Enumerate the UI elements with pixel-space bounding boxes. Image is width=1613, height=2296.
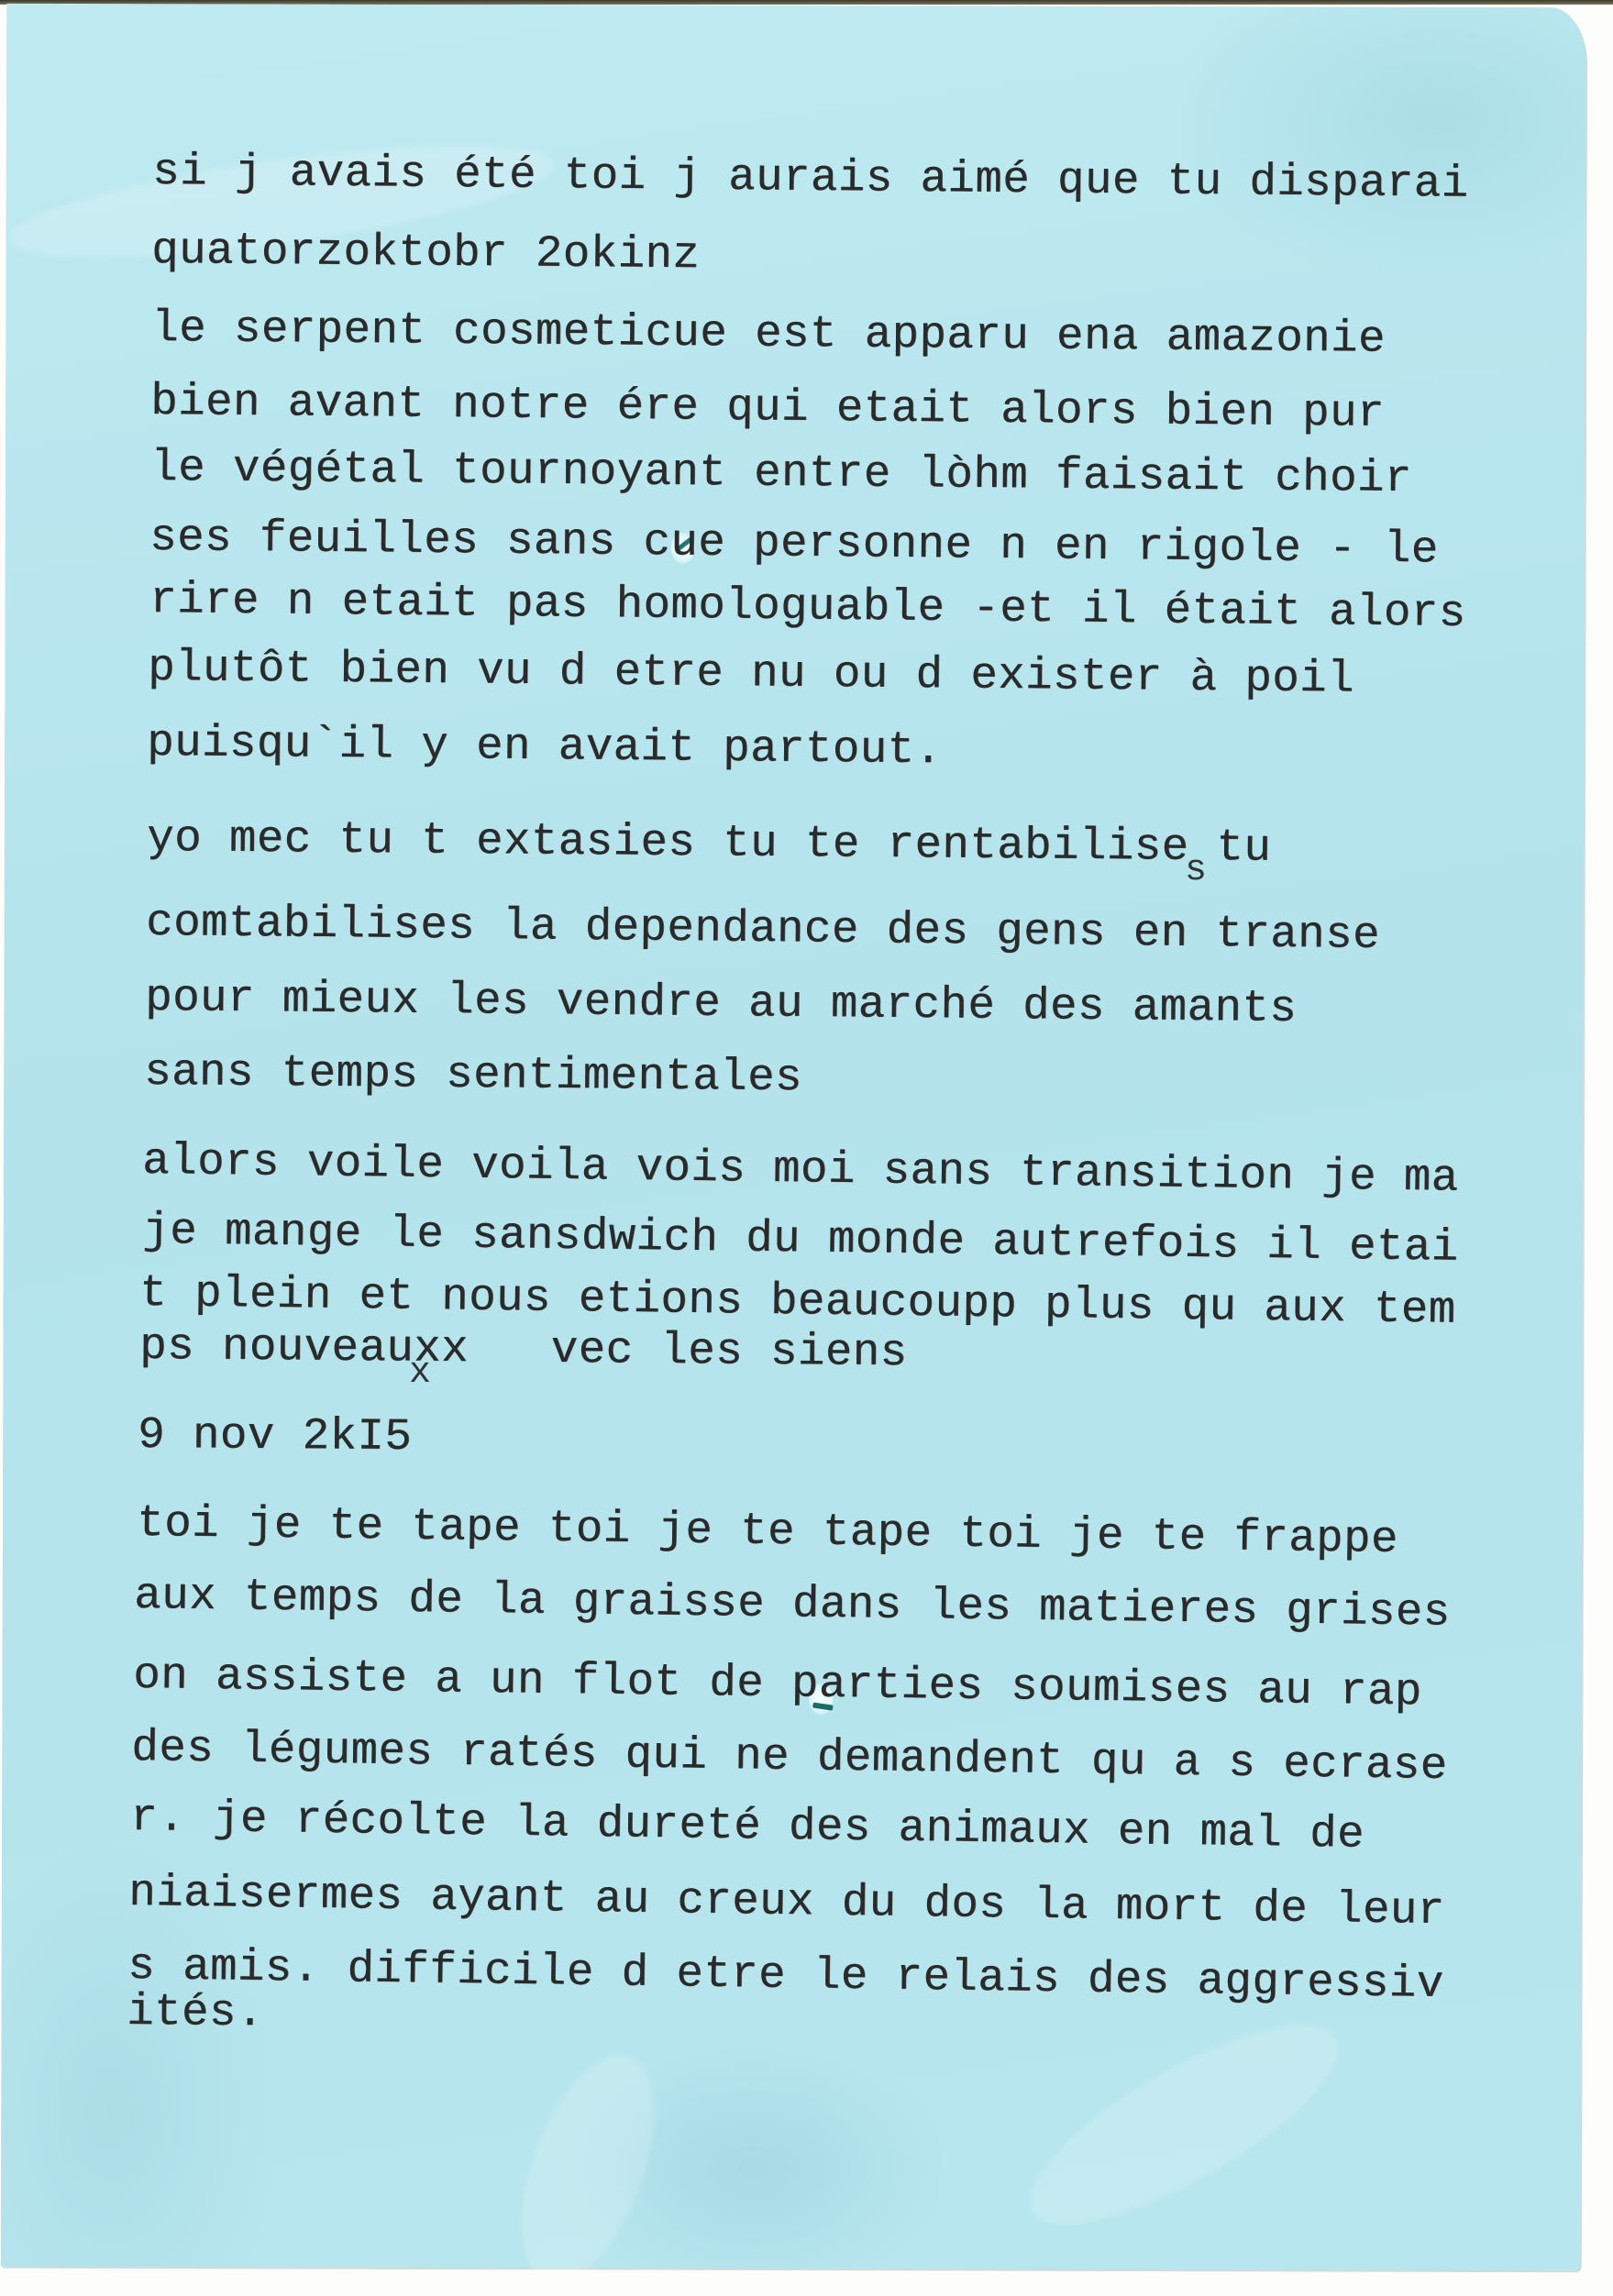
text-line: quatorzoktobr 2okinz [151, 228, 701, 278]
text-line: puisqu`il y en avait partout. [147, 721, 943, 773]
paper-crease [1006, 1991, 1363, 2259]
text-line: plutôt bien vu d etre nu ou d exister à … [148, 646, 1354, 702]
text-line: le végétal tournoyant entre lòhm faisait… [150, 446, 1412, 502]
text-line: si j avais été toi j aurais aimé que tu … [152, 149, 1469, 207]
text-line: ités. [127, 1990, 264, 2036]
text-line: comtabilises la dependance des gens en t… [146, 900, 1380, 958]
text-line: 9 nov 2kI5 [138, 1413, 412, 1460]
overstrike-mark: s [1185, 853, 1207, 889]
text-line: ps nouveauxx vec les siens [139, 1324, 908, 1375]
text-line: yo mec tu t extasies tu te rentabilise t… [147, 816, 1271, 871]
text-line: pour mieux les vendre au marché des aman… [145, 976, 1297, 1032]
text-line: bien avant notre ére qui etait alors bie… [150, 380, 1385, 436]
overstrike-mark: x [409, 1355, 431, 1392]
text-line: ses feuilles sans cue personne n en rigo… [149, 515, 1439, 572]
text-line: le serpent cosmeticue est apparu ena ama… [151, 306, 1386, 362]
text-line: sans temps sentimentales [144, 1050, 802, 1100]
paper-crease [495, 2038, 680, 2296]
